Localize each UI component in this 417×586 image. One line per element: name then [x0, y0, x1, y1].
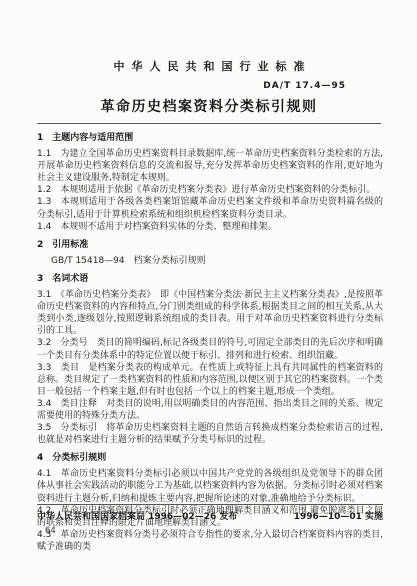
document-footer: 中华人民共和国国家档案局 1996—02—26 发布 1996—10—01 实施… [37, 504, 383, 536]
referenced-standard: GB/T 15418—94 档案分类标引规则 [37, 255, 383, 267]
document-title: 革命历史档案资料分类标引规则 [37, 96, 381, 116]
footer-divider [37, 504, 383, 505]
paragraph-3-3: 3.3 类目 是档案分类表的构成单元。在性质上或特征上具有共同属性的档案资料的总… [37, 362, 383, 398]
paragraph-1-4: 1.4 本规则不适用于对档案资料实体的分类、整理和排架。 [37, 221, 383, 233]
section-2-heading: 2 引用标准 [37, 239, 383, 251]
section-3-heading: 3 名词术语 [37, 273, 383, 285]
header-divider [37, 123, 381, 124]
paragraph-3-2: 3.2 分类号 类目的简明编码,标记各级类目的符号,可固定全部类目的先后次序和明… [37, 337, 383, 361]
paragraph-1-2: 1.2 本规则适用于依据《革命历史档案分类表》进行革命历史档案资料的分类标引。 [37, 184, 383, 196]
document-header: 中华人民共和国行业标准 DA/T 17.4—95 革命历史档案资料分类标引规则 [37, 58, 381, 124]
paragraph-3-5: 3.5 分类标引 将革命历史档案资料主题的自然语言转换成档案分类检索语言的过程,… [37, 422, 383, 446]
standard-category-title: 中华人民共和国行业标准 [37, 58, 381, 74]
effective-date: 1996—10—01 实施 [294, 509, 383, 522]
document-body: 1 主题内容与适用范围 1.1 为建立全国革命历史档案资料目录数据库,统一革命历… [37, 132, 383, 553]
paragraph-3-1: 3.1 《革命历史档案分类表》 即《中国档案分类法·新民主主义档案分类表》,是按… [37, 289, 383, 337]
page-number: 64 [45, 526, 383, 536]
standard-document-page: 中华人民共和国行业标准 DA/T 17.4—95 革命历史档案资料分类标引规则 … [0, 0, 417, 586]
footer-issue-row: 中华人民共和国国家档案局 1996—02—26 发布 1996—10—01 实施 [37, 509, 383, 522]
paragraph-4-1: 4.1 革命历史档案资料分类标引必须以中国共产党党的各级组织及党领导下的群众团体… [37, 468, 383, 504]
section-4-heading: 4 分类标引规则 [37, 452, 383, 464]
issued-by-and-date: 中华人民共和国国家档案局 1996—02—26 发布 [37, 509, 237, 522]
paragraph-1-3: 1.3 本规则适用于各级各类档案馆馆藏革命历史档案文件级和革命历史资料篇名级的分… [37, 196, 383, 220]
paragraph-1-1: 1.1 为建立全国革命历史档案资料目录数据库,统一革命历史档案资料分类检索的方法… [37, 148, 383, 184]
standard-number: DA/T 17.4—95 [37, 81, 381, 91]
paragraph-3-4: 3.4 类目注释 对类目的说明,用以明确类目的内容范围、指出类目之间的关系、规定… [37, 398, 383, 422]
section-1-heading: 1 主题内容与适用范围 [37, 132, 383, 144]
